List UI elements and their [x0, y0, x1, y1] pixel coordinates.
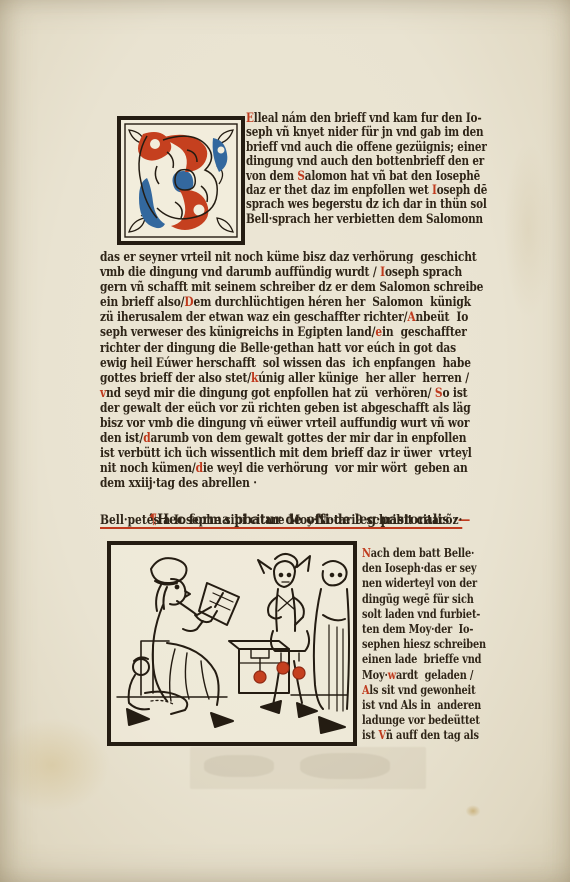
illuminated-initial-B — [117, 116, 245, 245]
text-line: dingūg wegē für sich — [362, 591, 486, 606]
text-line: zü iherusalem der etwan waz ein geschaff… — [100, 310, 483, 325]
text-line: Als sit vnd gewonheit — [362, 682, 486, 697]
text-line: den ist/darumb von dem gewalt gottes der… — [100, 431, 483, 446]
text-line: ist Vñ auff den tag als — [362, 727, 486, 742]
citation-rubric-line: Bell·petés a Iosephe sibi citare Moy·Not… — [100, 513, 462, 528]
paper-stain — [463, 803, 483, 819]
text-line: seph verweser des künigreichs in Egipten… — [100, 325, 483, 340]
text-line: Elleal nám den brieff vnd kam fur den Io… — [246, 112, 487, 126]
text-line: Moy·wardt geladen / — [362, 667, 486, 682]
text-line: vmb die dingung vnd darumb auffündig wur… — [100, 265, 483, 280]
main-paragraph: das er seyner vrteil nit noch küme bisz … — [100, 250, 567, 492]
text-line: richter der dingung die Belle·gethan hat… — [100, 341, 483, 356]
text-line: einen lade brieffe vnd — [362, 651, 486, 666]
side-column: Nach dem batt Belle·den Ioseph·das er se… — [362, 545, 521, 742]
text-line: gern vñ schafft mit seinem schreiber dz … — [100, 280, 483, 295]
text-line: dem xxiij·tag des abrellen · — [100, 476, 483, 491]
text-line: bisz vor vmb die dingung vñ eüwer vrteil… — [100, 416, 483, 431]
text-line: nit noch kümen/die weyl die verhörung vo… — [100, 461, 483, 476]
robed-figure — [314, 561, 349, 733]
text-line: daz er thet daz im enpfollen wet Ioseph … — [246, 184, 487, 198]
text-line: ten dem Moy·der Io- — [362, 621, 486, 636]
initial-b-icon — [117, 116, 245, 245]
text-line: sephen hiesz schreiben — [362, 636, 486, 651]
text-line: solt laden vnd furbiet- — [362, 606, 486, 621]
text-line: Nach dem batt Belle· — [362, 545, 486, 560]
woodcut-illustration — [107, 541, 357, 746]
small-figure — [127, 657, 187, 725]
text-line: Bell·sprach her verbietten dem Salomonn — [246, 213, 487, 227]
text-line: von dem Salomon hat vñ bat den Iosephē — [246, 170, 487, 184]
text-line: seph vñ knyet nider für jn vnd gab im de… — [246, 126, 487, 140]
text-line: ist vnd Als in anderen — [362, 697, 486, 712]
text-line: ewig heil Eúwer herschafft sol wissen da… — [100, 356, 483, 371]
scribe-figure — [141, 558, 239, 727]
woodcut-scene-icon — [111, 545, 353, 742]
show-through — [190, 747, 426, 789]
text-line: vnd seyd mir die dingung got enpfollen h… — [100, 386, 483, 401]
text-line: ist verbütt ich üch wissentlich mit dem … — [100, 446, 483, 461]
text-line: das er seyner vrteil nit noch küme bisz … — [100, 250, 483, 265]
text-line: brieff vnd auch die offene gezüignis; ei… — [246, 141, 487, 155]
text-line: gottes brieff der also stet/kúnig aller … — [100, 371, 483, 386]
text-line: nen widerteyl von der — [362, 575, 486, 590]
text-line: sprach wes begerstu dz ich dar in thün s… — [246, 198, 487, 212]
text-line: dingung vnd auch den bottenbrieff den er — [246, 155, 487, 169]
text-line: den Ioseph·das er sey — [362, 560, 486, 575]
book-page: Elleal nám den brieff vnd kam fur den Io… — [0, 0, 570, 882]
text-line: der gewalt der eüch vor zü richten geben… — [100, 401, 483, 416]
text-line: ein brieff also/Dem durchlüchtigen héren… — [100, 295, 483, 310]
text-line: ladunge vor bedeüttet — [362, 712, 486, 727]
opening-paragraph: Elleal nám den brieff vnd kam fur den Io… — [246, 112, 548, 227]
